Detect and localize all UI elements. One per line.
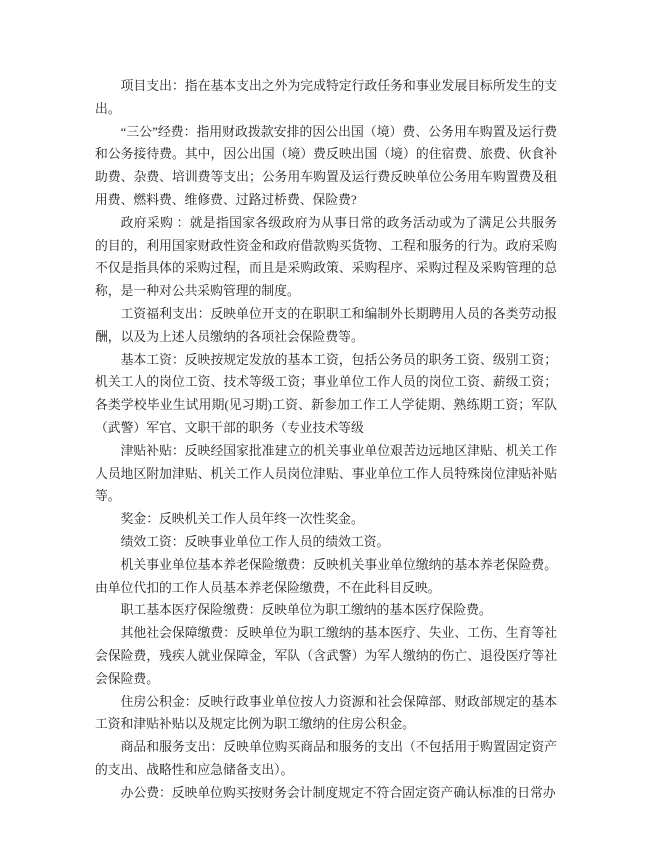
- para-pension-contribution: 机关事业单位基本养老保险缴费：反映机关事业单位缴纳的基本养老保险费。由单位代扣的…: [95, 554, 557, 600]
- para-goods-services-expenditure: 商品和服务支出：反映单位购买商品和服务的支出（不包括用于购置固定资产的支出、战略…: [95, 736, 557, 782]
- para-government-procurement: 政府采购 ：就是指国家各级政府为从事日常的政务活动或为了满足公共服务的目的，利用…: [95, 212, 557, 303]
- para-project-expenditure: 项目支出：指在基本支出之外为完成特定行政任务和事业发展目标所发生的支出。: [95, 75, 557, 121]
- para-allowances-subsidies: 津贴补贴：反映经国家批准建立的机关事业单位艰苦边远地区津贴、机关工作人员地区附加…: [95, 440, 557, 508]
- document-page: 项目支出：指在基本支出之外为完成特定行政任务和事业发展目标所发生的支出。 “三公…: [0, 0, 652, 844]
- para-three-public-funds: “三公”经费：指用财政拨款安排的因公出国（境）费、公务用车购置及运行费和公务接待…: [95, 121, 557, 212]
- para-medical-insurance-contribution: 职工基本医疗保险缴费：反映单位为职工缴纳的基本医疗保险费。: [95, 599, 557, 622]
- para-office-expenses: 办公费：反映单位购买按财务会计制度规定不符合固定资产确认标准的日常办: [95, 782, 557, 805]
- para-wage-welfare-expenditure: 工资福利支出：反映单位开支的在职职工和编制外长期聘用人员的各类劳动报酬，以及为上…: [95, 303, 557, 349]
- document-text-block: 项目支出：指在基本支出之外为完成特定行政任务和事业发展目标所发生的支出。 “三公…: [95, 75, 557, 805]
- para-other-social-security-contribution: 其他社会保障缴费：反映单位为职工缴纳的基本医疗、失业、工伤、生育等社会保险费，残…: [95, 622, 557, 690]
- para-performance-pay: 绩效工资：反映事业单位工作人员的绩效工资。: [95, 531, 557, 554]
- para-bonus: 奖金：反映机关工作人员年终一次性奖金。: [95, 508, 557, 531]
- para-basic-salary: 基本工资：反映按规定发放的基本工资，包括公务员的职务工资、级别工资；机关工人的岗…: [95, 349, 557, 440]
- para-housing-fund: 住房公积金：反映行政事业单位按人力资源和社会保障部、财政部规定的基本工资和津贴补…: [95, 691, 557, 737]
